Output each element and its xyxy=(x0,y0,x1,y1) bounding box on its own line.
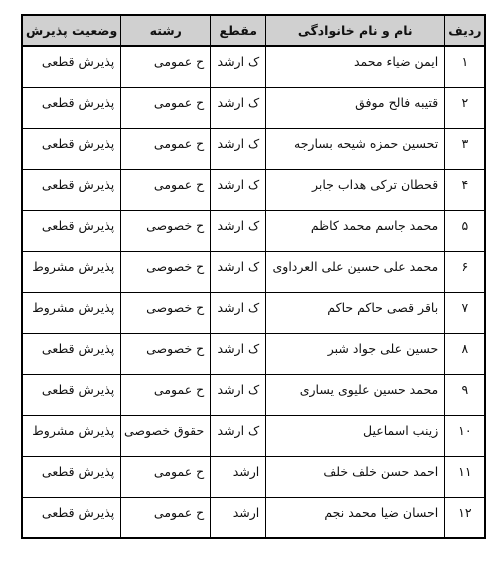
cell-admission-status: پذیرش مشروط xyxy=(22,251,121,292)
cell-degree-level: ک ارشد xyxy=(211,169,266,210)
cell-row-number: ۶ xyxy=(445,251,486,292)
header-row: ردیف نام و نام خانوادگی مقطع رشته وضعیت … xyxy=(22,15,485,46)
cell-full-name: قحطان ترکی هداب جابر xyxy=(266,169,445,210)
cell-admission-status: پذیرش قطعی xyxy=(22,128,121,169)
cell-row-number: ۱ xyxy=(445,46,486,87)
table-row: ۲ قتیبه فالح موفق ک ارشد ح عمومی پذیرش ق… xyxy=(22,87,485,128)
cell-degree-level: ارشد xyxy=(211,497,266,538)
cell-row-number: ۷ xyxy=(445,292,486,333)
column-header-row-number: ردیف xyxy=(445,15,486,46)
table-row: ۶ محمد علی حسین علی العرداوی ک ارشد ح خص… xyxy=(22,251,485,292)
cell-admission-status: پذیرش قطعی xyxy=(22,210,121,251)
table-row: ۱۲ احسان ضیا محمد نجم ارشد ح عمومی پذیرش… xyxy=(22,497,485,538)
cell-field-of-study: ح عمومی xyxy=(121,169,211,210)
cell-full-name: حسین علی جواد شبر xyxy=(266,333,445,374)
cell-admission-status: پذیرش قطعی xyxy=(22,169,121,210)
table-row: ۸ حسین علی جواد شبر ک ارشد ح خصوصی پذیرش… xyxy=(22,333,485,374)
cell-degree-level: ارشد xyxy=(211,456,266,497)
cell-row-number: ۱۱ xyxy=(445,456,486,497)
cell-full-name: احمد حسن خلف خلف xyxy=(266,456,445,497)
cell-field-of-study: ح خصوصی xyxy=(121,292,211,333)
page: ردیف نام و نام خانوادگی مقطع رشته وضعیت … xyxy=(0,0,495,562)
cell-field-of-study: ح عمومی xyxy=(121,46,211,87)
cell-admission-status: پذیرش مشروط xyxy=(22,415,121,456)
cell-full-name: باقر قصی حاکم حاکم xyxy=(266,292,445,333)
column-header-admission-status: وضعیت پذیرش xyxy=(22,15,121,46)
table-row: ۵ محمد جاسم محمد کاظم ک ارشد ح خصوصی پذی… xyxy=(22,210,485,251)
cell-degree-level: ک ارشد xyxy=(211,46,266,87)
cell-degree-level: ک ارشد xyxy=(211,251,266,292)
cell-degree-level: ک ارشد xyxy=(211,333,266,374)
cell-admission-status: پذیرش قطعی xyxy=(22,456,121,497)
cell-full-name: محمد حسین علیوی یساری xyxy=(266,374,445,415)
cell-field-of-study: ح عمومی xyxy=(121,456,211,497)
admissions-results-table: ردیف نام و نام خانوادگی مقطع رشته وضعیت … xyxy=(21,14,486,539)
column-header-field-of-study: رشته xyxy=(121,15,211,46)
table-row: ۷ باقر قصی حاکم حاکم ک ارشد ح خصوصی پذیر… xyxy=(22,292,485,333)
cell-field-of-study: ح عمومی xyxy=(121,374,211,415)
table-row: ۴ قحطان ترکی هداب جابر ک ارشد ح عمومی پذ… xyxy=(22,169,485,210)
cell-row-number: ۳ xyxy=(445,128,486,169)
table-row: ۱ ایمن ضیاء محمد ک ارشد ح عمومی پذیرش قط… xyxy=(22,46,485,87)
cell-field-of-study: ح عمومی xyxy=(121,87,211,128)
cell-row-number: ۱۰ xyxy=(445,415,486,456)
cell-field-of-study: ح خصوصی xyxy=(121,210,211,251)
column-header-full-name: نام و نام خانوادگی xyxy=(266,15,445,46)
cell-degree-level: ک ارشد xyxy=(211,87,266,128)
cell-full-name: تحسین حمزه شیحه بسارجه xyxy=(266,128,445,169)
column-header-degree-level: مقطع xyxy=(211,15,266,46)
cell-row-number: ۲ xyxy=(445,87,486,128)
cell-full-name: قتیبه فالح موفق xyxy=(266,87,445,128)
cell-field-of-study: ح خصوصی xyxy=(121,333,211,374)
cell-row-number: ۵ xyxy=(445,210,486,251)
cell-admission-status: پذیرش مشروط xyxy=(22,292,121,333)
cell-field-of-study: ح عمومی xyxy=(121,128,211,169)
cell-admission-status: پذیرش قطعی xyxy=(22,333,121,374)
cell-degree-level: ک ارشد xyxy=(211,292,266,333)
cell-field-of-study: حقوق خصوصی xyxy=(121,415,211,456)
table-body: ۱ ایمن ضیاء محمد ک ارشد ح عمومی پذیرش قط… xyxy=(22,46,485,538)
cell-row-number: ۹ xyxy=(445,374,486,415)
cell-row-number: ۸ xyxy=(445,333,486,374)
cell-row-number: ۱۲ xyxy=(445,497,486,538)
cell-row-number: ۴ xyxy=(445,169,486,210)
table-row: ۱۰ زینب اسماعیل ک ارشد حقوق خصوصی پذیرش … xyxy=(22,415,485,456)
cell-full-name: زینب اسماعیل xyxy=(266,415,445,456)
cell-admission-status: پذیرش قطعی xyxy=(22,497,121,538)
cell-admission-status: پذیرش قطعی xyxy=(22,87,121,128)
cell-degree-level: ک ارشد xyxy=(211,374,266,415)
cell-field-of-study: ح عمومی xyxy=(121,497,211,538)
cell-admission-status: پذیرش قطعی xyxy=(22,46,121,87)
cell-degree-level: ک ارشد xyxy=(211,415,266,456)
cell-admission-status: پذیرش قطعی xyxy=(22,374,121,415)
cell-field-of-study: ح خصوصی xyxy=(121,251,211,292)
cell-full-name: محمد علی حسین علی العرداوی xyxy=(266,251,445,292)
cell-degree-level: ک ارشد xyxy=(211,210,266,251)
cell-degree-level: ک ارشد xyxy=(211,128,266,169)
table-row: ۹ محمد حسین علیوی یساری ک ارشد ح عمومی پ… xyxy=(22,374,485,415)
cell-full-name: ایمن ضیاء محمد xyxy=(266,46,445,87)
table-row: ۱۱ احمد حسن خلف خلف ارشد ح عمومی پذیرش ق… xyxy=(22,456,485,497)
table-row: ۳ تحسین حمزه شیحه بسارجه ک ارشد ح عمومی … xyxy=(22,128,485,169)
cell-full-name: احسان ضیا محمد نجم xyxy=(266,497,445,538)
cell-full-name: محمد جاسم محمد کاظم xyxy=(266,210,445,251)
